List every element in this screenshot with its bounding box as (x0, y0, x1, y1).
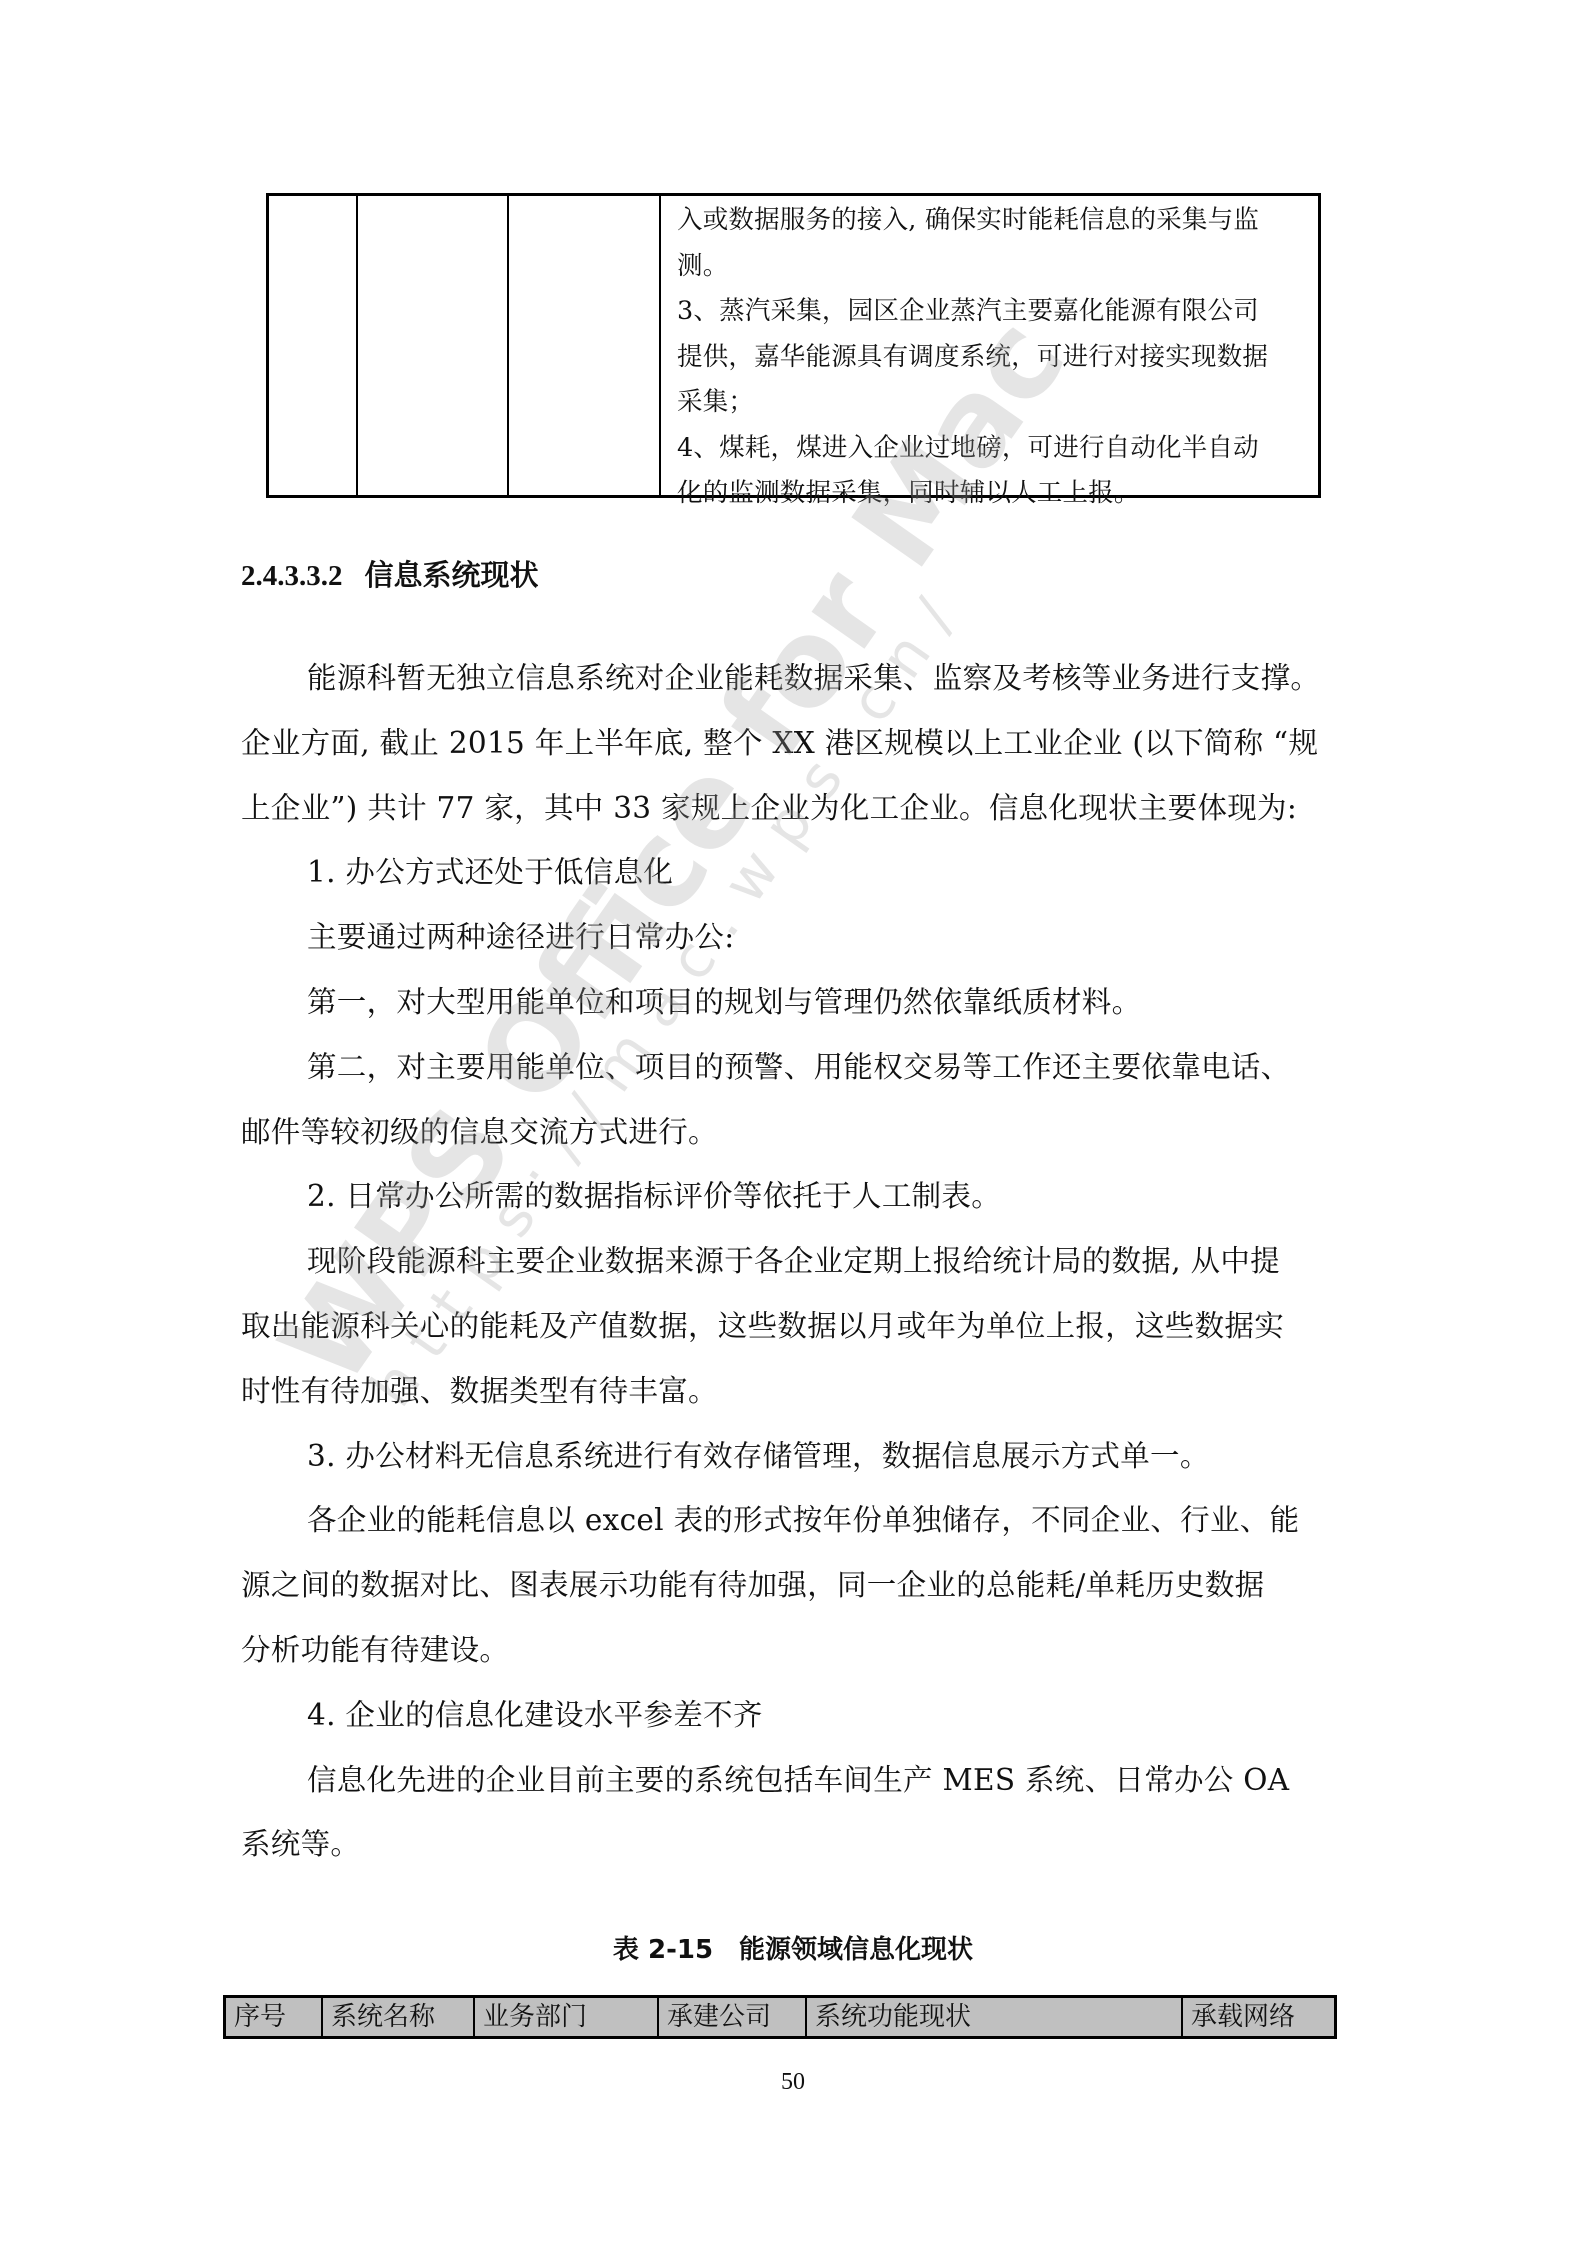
paragraph-line: 主要通过两种途径进行日常办公: (241, 905, 1361, 970)
cell-text-line: 化的监测数据采集，同时辅以人工上报。 (677, 471, 1308, 517)
cell-text-line: 提供，嘉华能源具有调度系统，可进行对接实现数据 (677, 335, 1308, 381)
column-header-contractor: 承建公司 (659, 1998, 807, 2036)
page-number: 50 (0, 2066, 1586, 2098)
cell-text-line: 采集； (677, 380, 1308, 426)
paragraph-line: 第二，对主要用能单位、项目的预警、用能权交易等工作还主要依靠电话、 (241, 1035, 1361, 1100)
paragraph-line: 信息化先进的企业目前主要的系统包括车间生产 MES 系统、日常办公 OA (241, 1748, 1361, 1813)
body-text: 能源科暂无独立信息系统对企业能耗数据采集、监察及考核等业务进行支撑。 企业方面,… (241, 646, 1361, 1877)
paragraph-line: 系统等。 (241, 1812, 1361, 1877)
paragraph-line: 第一，对大型用能单位和项目的规划与管理仍然依靠纸质材料。 (241, 970, 1361, 1035)
list-item-heading: 4. 企业的信息化建设水平参差不齐 (241, 1683, 1361, 1748)
paragraph-line: 上企业”) 共计 77 家，其中 33 家规上企业为化工企业。信息化现状主要体现… (241, 776, 1361, 841)
paragraph-line: 各企业的能耗信息以 excel 表的形式按年份单独储存，不同企业、行业、能 (241, 1488, 1361, 1553)
column-header-function-status: 系统功能现状 (807, 1998, 1183, 2036)
cell-text-line: 4、煤耗，煤进入企业过地磅，可进行自动化半自动 (677, 426, 1308, 472)
paragraph-line: 取出能源科关心的能耗及产值数据，这些数据以月或年为单位上报，这些数据实 (241, 1294, 1361, 1359)
paragraph-line: 分析功能有待建设。 (241, 1618, 1361, 1683)
table-cell-function-description: 入或数据服务的接入, 确保实时能耗信息的采集与监 测。 3、蒸汽采集，园区企业蒸… (677, 196, 1308, 517)
list-item-heading: 1. 办公方式还处于低信息化 (241, 840, 1361, 905)
section-title: 信息系统现状 (365, 558, 539, 592)
table-caption-title: 能源领域信息化现状 (739, 1935, 973, 1965)
column-header-system-name: 系统名称 (323, 1998, 475, 2036)
table-column-divider (507, 196, 509, 495)
paragraph-line: 企业方面, 截止 2015 年上半年底, 整个 XX 港区规模以上工业企业 (以… (241, 711, 1361, 776)
paragraph-line: 能源科暂无独立信息系统对企业能耗数据采集、监察及考核等业务进行支撑。 (241, 646, 1361, 711)
cell-text-line: 测。 (677, 244, 1308, 290)
paragraph-line: 邮件等较初级的信息交流方式进行。 (241, 1100, 1361, 1165)
list-item-heading: 3. 办公材料无信息系统进行有效存储管理，数据信息展示方式单一。 (241, 1424, 1361, 1489)
document-page: 入或数据服务的接入, 确保实时能耗信息的采集与监 测。 3、蒸汽采集，园区企业蒸… (0, 0, 1586, 2244)
column-header-index: 序号 (226, 1998, 323, 2036)
table-column-divider (356, 196, 358, 495)
section-heading: 2.4.3.3.2信息系统现状 (241, 553, 539, 598)
info-table-header: 序号 系统名称 业务部门 承建公司 系统功能现状 承载网络 (223, 1995, 1337, 2039)
table-caption: 表 2-15能源领域信息化现状 (0, 1930, 1586, 1970)
column-header-department: 业务部门 (475, 1998, 659, 2036)
table-caption-number: 表 2-15 (613, 1935, 713, 1965)
section-number: 2.4.3.3.2 (241, 560, 343, 592)
cell-text-line: 3、蒸汽采集，园区企业蒸汽主要嘉化能源有限公司 (677, 289, 1308, 335)
paragraph-line: 时性有待加强、数据类型有待丰富。 (241, 1359, 1361, 1424)
continuation-table: 入或数据服务的接入, 确保实时能耗信息的采集与监 测。 3、蒸汽采集，园区企业蒸… (266, 193, 1321, 498)
paragraph-line: 现阶段能源科主要企业数据来源于各企业定期上报给统计局的数据, 从中提 (241, 1229, 1361, 1294)
list-item-heading: 2. 日常办公所需的数据指标评价等依托于人工制表。 (241, 1164, 1361, 1229)
column-header-network: 承载网络 (1183, 1998, 1334, 2036)
paragraph-line: 源之间的数据对比、图表展示功能有待加强，同一企业的总能耗/单耗历史数据 (241, 1553, 1361, 1618)
cell-text-line: 入或数据服务的接入, 确保实时能耗信息的采集与监 (677, 198, 1308, 244)
table-column-divider (659, 196, 661, 495)
